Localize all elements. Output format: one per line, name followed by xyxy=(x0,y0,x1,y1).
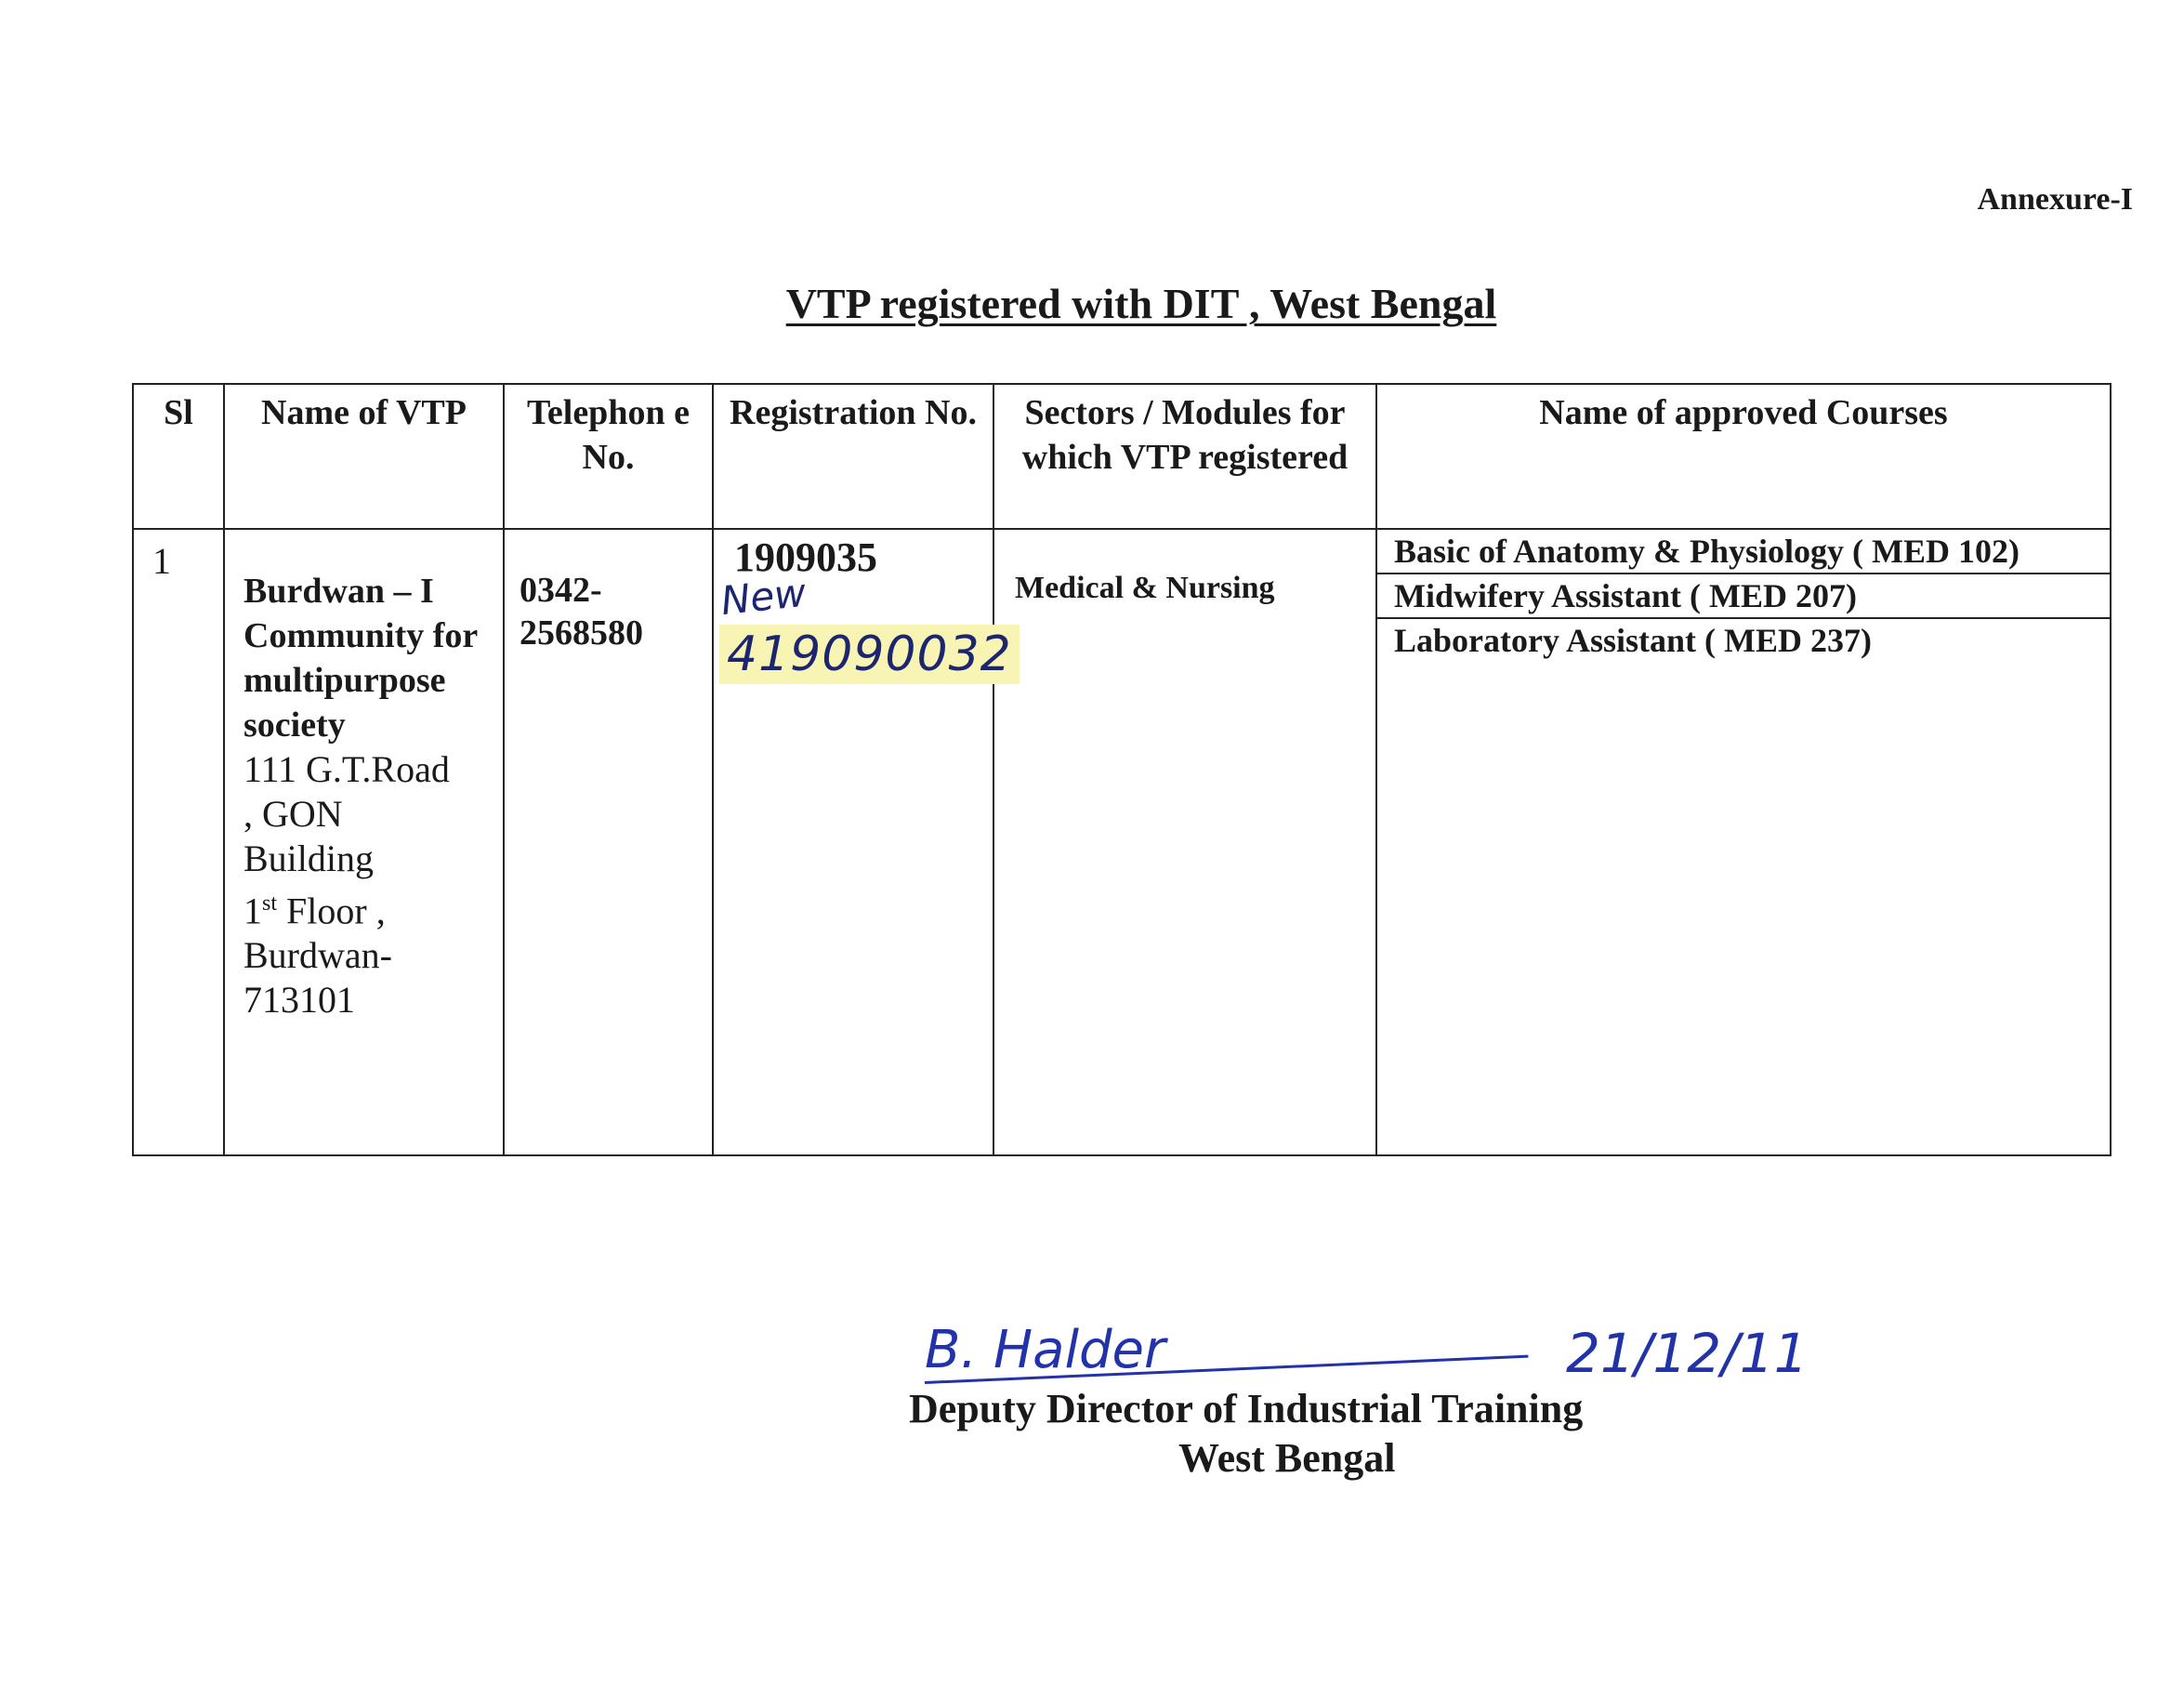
telephone-line: 2568580 xyxy=(520,612,712,654)
vtp-address-line: 713101 xyxy=(225,978,503,1022)
vtp-table: Sl Name of VTP Telephon e No. Registrati… xyxy=(132,383,2112,1156)
vtp-address-line: 1st Floor , xyxy=(225,881,503,933)
signatory-region: West Bengal xyxy=(1178,1434,1395,1482)
column-header-registration: Registration No. xyxy=(713,384,993,529)
table-header-row: Sl Name of VTP Telephon e No. Registrati… xyxy=(133,384,2111,529)
cell-sector: Medical & Nursing xyxy=(993,529,1376,1155)
serial-number: 1 xyxy=(134,530,223,583)
telephone-line: 0342- xyxy=(520,569,712,612)
cell-courses: Basic of Anatomy & Physiology ( MED 102)… xyxy=(1376,529,2111,1155)
cell-name: Burdwan – I Community for multipurpose s… xyxy=(224,529,504,1155)
annexure-label: Annexure-I xyxy=(1978,182,2134,218)
vtp-address-line: Building xyxy=(225,837,503,881)
cell-sl: 1 xyxy=(133,529,224,1155)
column-header-telephone: Telephon e No. xyxy=(504,384,713,529)
cell-telephone: 0342- 2568580 xyxy=(504,529,713,1155)
course-item: Midwifery Assistant ( MED 207) xyxy=(1377,574,2110,619)
vtp-address-line: Burdwan- xyxy=(225,933,503,978)
handwritten-date: 21/12/11 xyxy=(1566,1322,1809,1385)
page-title: VTP registered with DIT , West Bengal xyxy=(0,279,2184,328)
vtp-address-line: 111 G.T.Road xyxy=(225,747,503,792)
column-header-sl: Sl xyxy=(133,384,224,529)
cell-registration: 1909035 New 419090032 xyxy=(713,529,993,1155)
column-header-sectors: Sectors / Modules for which VTP register… xyxy=(993,384,1376,529)
signatory-designation: Deputy Director of Industrial Training xyxy=(909,1385,1583,1432)
column-header-name: Name of VTP xyxy=(224,384,504,529)
vtp-address-line: , GON xyxy=(225,792,503,837)
vtp-name: Burdwan – I Community for multipurpose s… xyxy=(225,530,503,747)
column-header-courses: Name of approved Courses xyxy=(1376,384,2111,529)
handwritten-registration-number: 419090032 xyxy=(719,625,1020,684)
sector-name: Medical & Nursing xyxy=(994,530,1375,606)
course-item: Basic of Anatomy & Physiology ( MED 102) xyxy=(1377,530,2110,574)
table-row: 1 Burdwan – I Community for multipurpose… xyxy=(133,529,2111,1155)
handwritten-signature: B. Halder xyxy=(925,1320,1165,1380)
course-item: Laboratory Assistant ( MED 237) xyxy=(1377,619,2110,662)
